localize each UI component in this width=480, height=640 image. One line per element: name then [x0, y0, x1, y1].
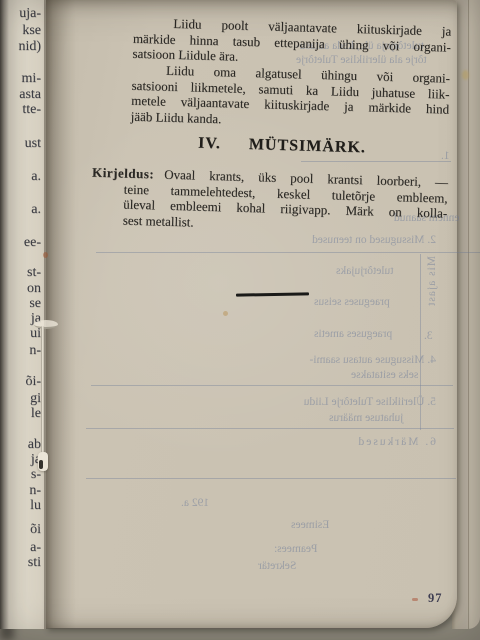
prev-page-fragment: asta — [19, 87, 41, 103]
prev-page-fragment: ust — [25, 136, 41, 152]
prev-page-fragment: tte- — [22, 102, 41, 118]
spine-stain — [43, 252, 48, 258]
binding-thread-knot — [38, 452, 48, 471]
section-heading: IV. MÜTSIMÄRK. — [122, 133, 442, 160]
binding-thread — [41, 326, 44, 468]
book-page: tuletõrjuja üle, keda autasu- tõrje ala … — [46, 0, 457, 628]
edge-stain — [462, 70, 469, 80]
paragraph-1: Liidu poolt väljaantavate kiituskirjade … — [132, 15, 451, 71]
description-label: Kirjeldus: — [92, 165, 154, 182]
prev-page-fragment: kse — [22, 23, 41, 39]
book-scan-photo: uja- kse nid) mi- asta tte- ust a. a. ee… — [0, 0, 480, 640]
prev-page-fragment: a. — [31, 169, 41, 185]
prev-page-fragment: uja- — [19, 6, 41, 22]
page-number: 97 — [428, 591, 443, 606]
binding-thread-top — [34, 320, 58, 329]
paper-stain — [223, 311, 228, 316]
description-paragraph: Kirjeldus:Ovaal krants, üks pool krantsi… — [91, 165, 449, 237]
red-fleck — [412, 598, 418, 601]
prev-page-fragment: nid) — [18, 39, 41, 55]
printed-text-block: Liidu poolt väljaantavate kiituskirjade … — [28, 0, 456, 638]
paragraph-2: Liidu oma algatusel ühingu või organi- s… — [131, 62, 451, 133]
prev-page-fragment: mi- — [22, 71, 41, 87]
